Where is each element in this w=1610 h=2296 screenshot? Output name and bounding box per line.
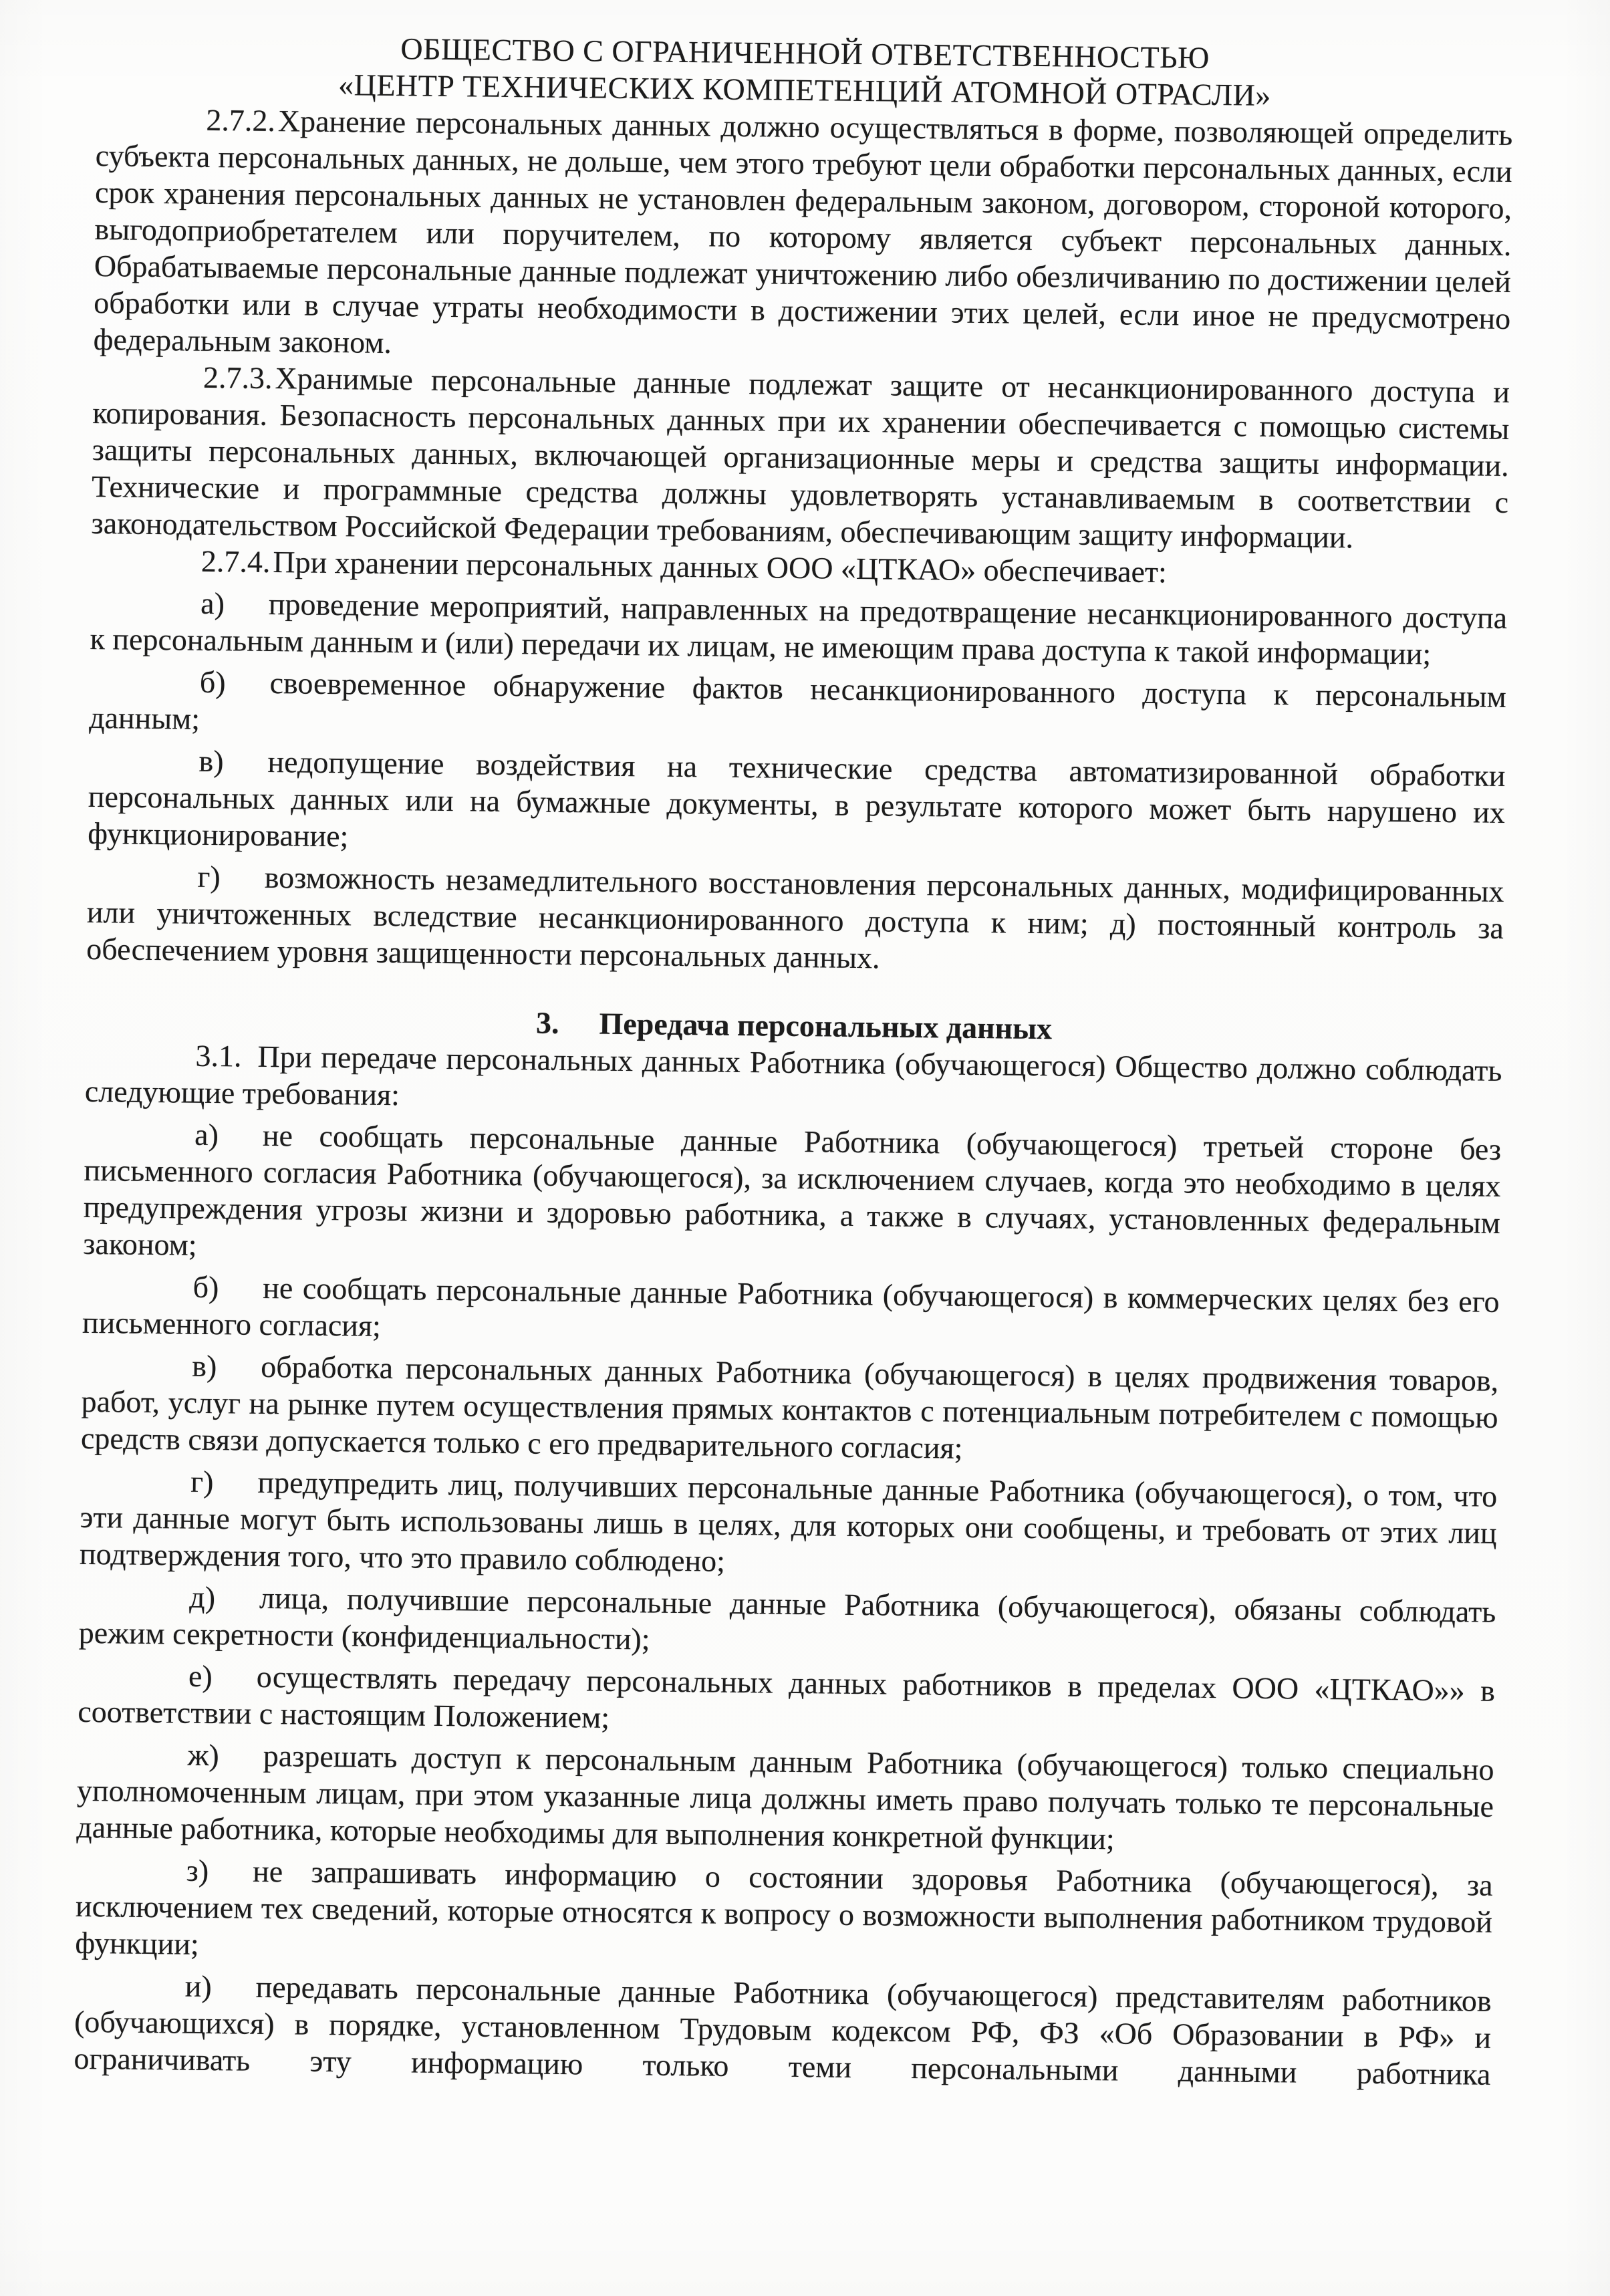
item-marker: е) xyxy=(188,1659,213,1693)
item-text: передавать персональные данные Работника… xyxy=(74,1970,1492,2091)
paragraph-text: Хранимые персональные данные подлежат за… xyxy=(91,361,1510,554)
paragraph-text: При передаче персональных данных Работни… xyxy=(85,1039,1502,1112)
item-marker: б) xyxy=(192,1270,219,1304)
item-marker: б) xyxy=(200,665,226,699)
item-text: не сообщать персональные данные Работник… xyxy=(83,1118,1501,1262)
item-marker: з) xyxy=(186,1854,209,1888)
document-content: ОБЩЕСТВО С ОГРАНИЧЕННОЙ ОТВЕТСТВЕННОСТЬЮ… xyxy=(74,27,1514,2093)
item-marker: д) xyxy=(189,1580,215,1614)
list-item-3-1-zh: ж)разрешать доступ к персональным данным… xyxy=(76,1735,1494,1862)
item-text: обработка персональных данных Работника … xyxy=(81,1350,1499,1465)
item-text: лица, получившие персональные данные Раб… xyxy=(78,1581,1496,1656)
list-item-3-1-d: д)лица, получившие персональные данные Р… xyxy=(78,1577,1496,1667)
paragraph-text: При хранении персональных данных ООО «ЦТ… xyxy=(273,545,1167,589)
item-marker: ж) xyxy=(187,1738,219,1773)
item-marker: а) xyxy=(200,586,225,620)
item-text: проведение мероприятий, направленных на … xyxy=(90,587,1507,671)
item-marker: в) xyxy=(198,744,224,778)
list-item-2-7-4-g: г)возможность незамедлительного восстано… xyxy=(86,857,1504,983)
scanned-document-page: ОБЩЕСТВО С ОГРАНИЧЕННОЙ ОТВЕТСТВЕННОСТЬЮ… xyxy=(0,0,1610,2296)
list-item-3-1-i: и)передавать персональные данные Работни… xyxy=(74,1966,1492,2093)
list-item-2-7-4-a: а)проведение мероприятий, направленных н… xyxy=(90,584,1507,673)
paragraph-number: 3.1. xyxy=(195,1039,242,1073)
list-item-3-1-z: з)не запрашивать информацию о состоянии … xyxy=(75,1851,1493,1977)
item-marker: а) xyxy=(194,1118,219,1152)
paragraph-number: 2.7.4. xyxy=(201,544,271,579)
item-marker: г) xyxy=(190,1464,214,1499)
list-item-2-7-4-v: в)недопущение воздействия на технические… xyxy=(88,741,1506,868)
paragraph-2-7-2: 2.7.2.Хранение персональных данных должн… xyxy=(93,100,1512,374)
list-item-3-1-e: е)осуществлять передачу персональных дан… xyxy=(78,1656,1495,1746)
paragraph-number: 2.7.3. xyxy=(203,360,273,395)
list-item-3-1-g: г)предупредить лиц, получивших персональ… xyxy=(80,1462,1498,1588)
item-text: возможность незамедлительного восстановл… xyxy=(86,860,1504,975)
list-item-3-1-a: а)не сообщать персональные данные Работн… xyxy=(83,1115,1501,1278)
list-item-3-1-v: в)обработка персональных данных Работник… xyxy=(81,1346,1499,1473)
item-text: недопущение воздействия на технические с… xyxy=(88,745,1506,853)
paragraph-3-1: 3.1.При передаче персональных данных Раб… xyxy=(85,1036,1502,1126)
item-marker: в) xyxy=(192,1349,217,1383)
item-text: своевременное обнаружение фактов несанкц… xyxy=(89,666,1506,736)
paragraph-number: 2.7.2. xyxy=(206,103,275,138)
item-marker: и) xyxy=(184,1969,212,2003)
item-text: не сообщать персональные данные Работник… xyxy=(82,1271,1500,1343)
paragraph-2-7-3: 2.7.3.Хранимые персональные данные подле… xyxy=(91,358,1510,557)
item-text: не запрашивать информацию о состоянии зд… xyxy=(75,1854,1493,1961)
list-item-2-7-4-b: б)своевременное обнаружение фактов несан… xyxy=(89,662,1506,752)
item-marker: г) xyxy=(197,860,221,894)
item-text: осуществлять передачу персональных данны… xyxy=(78,1660,1495,1735)
paragraph-text: Хранение персональных данных должно осущ… xyxy=(93,104,1512,360)
item-text: разрешать доступ к персональным данным Р… xyxy=(76,1739,1494,1856)
item-text: предупредить лиц, получивших персональны… xyxy=(80,1465,1498,1578)
section-number: 3. xyxy=(536,1006,559,1040)
list-item-3-1-b: б)не сообщать персональные данные Работн… xyxy=(82,1267,1500,1357)
section-title: Передача персональных данных xyxy=(599,1007,1052,1046)
